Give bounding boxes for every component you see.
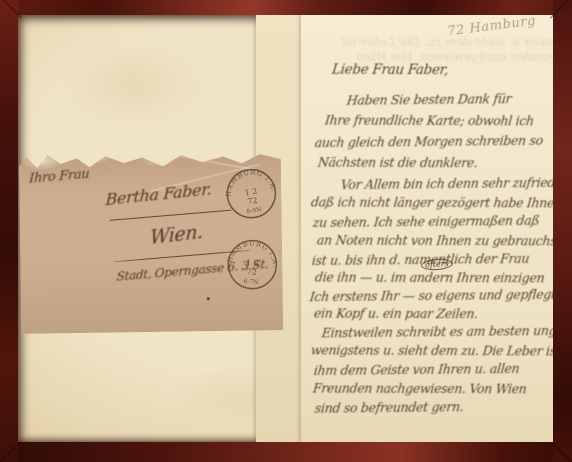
letter-line: sind so befreundet gern. [314, 399, 464, 416]
letter-line: wenigstens u. sieht dem zu. Die Leber is… [310, 343, 553, 359]
envelope-address-city: Wien. [149, 220, 203, 249]
picture-frame-bottom [0, 442, 572, 462]
letter-line: Ihre freundliche Karte; obwohl ich [324, 113, 534, 129]
paper-stain [58, 40, 208, 130]
picture-frame-left [0, 0, 18, 462]
ink-showthrough: wenigstens u. sieht dem zu. Die Leber is… [340, 35, 553, 49]
mat-backing: 72 Hamburg wenigstens u. sieht dem zu. D… [18, 15, 553, 443]
postmark-stamp-upper: HAMBURG I.A. 1 2 72 8-9N [221, 163, 283, 225]
letter-line: Vor Allem bin ich denn sehr zufrieden [340, 175, 553, 192]
svg-text:6-7N: 6-7N [243, 278, 258, 286]
svg-text:8-9N: 8-9N [246, 206, 262, 215]
framed-letter-photo: 72 Hamburg wenigstens u. sieht dem zu. D… [0, 0, 572, 462]
letter-salutation: Liebe Frau Faber, [331, 62, 449, 78]
letter-line: an Noten nicht von Ihnen zu gebrauchst [316, 233, 553, 249]
underline [110, 210, 232, 222]
picture-frame-right [553, 0, 572, 462]
letter-line: Freunden nachgewiesen. Von Wien [312, 381, 527, 397]
letter-line: daß ich nicht länger gezögert habe Ihnen [310, 195, 553, 211]
letter-line: ein Kopf u. ein paar Zeilen. [313, 306, 478, 322]
letter-line: ihm dem Geiste von Ihren u. allen [313, 361, 520, 378]
envelope-address-honorific: Ihro Frau [29, 167, 90, 187]
svg-text:72: 72 [246, 267, 257, 277]
letter-line: auch gleich den Morgen schreiben so [314, 133, 544, 150]
postmark-stamp-lower: HAMBURG I.A. 1 2 72 6-7N [223, 236, 281, 294]
envelope-address-name: Bertha Faber. [105, 179, 212, 209]
letter-line: Nächsten ist die dunklere. [317, 155, 478, 171]
ink-speck [207, 297, 210, 300]
letter-line: Ich erstens Ihr — so eigens und gepflegt… [309, 287, 553, 305]
letter-line: die ihn — u. im andern Ihren einzigen [314, 270, 545, 286]
letter-line: Einstweilen schreibt es am besten ungeme… [321, 323, 553, 341]
envelope: Ihro Frau Bertha Faber. Wien. Stadt, Ope… [19, 150, 283, 334]
svg-text:72: 72 [247, 196, 258, 206]
letter-line: Haben Sie besten Dank für [346, 91, 512, 108]
picture-frame-top [0, 0, 572, 15]
letter-page: 72 Hamburg wenigstens u. sieht dem zu. D… [301, 15, 553, 443]
letter-line: zu sehen. Ich sehe einigermaßen daß [312, 213, 540, 230]
